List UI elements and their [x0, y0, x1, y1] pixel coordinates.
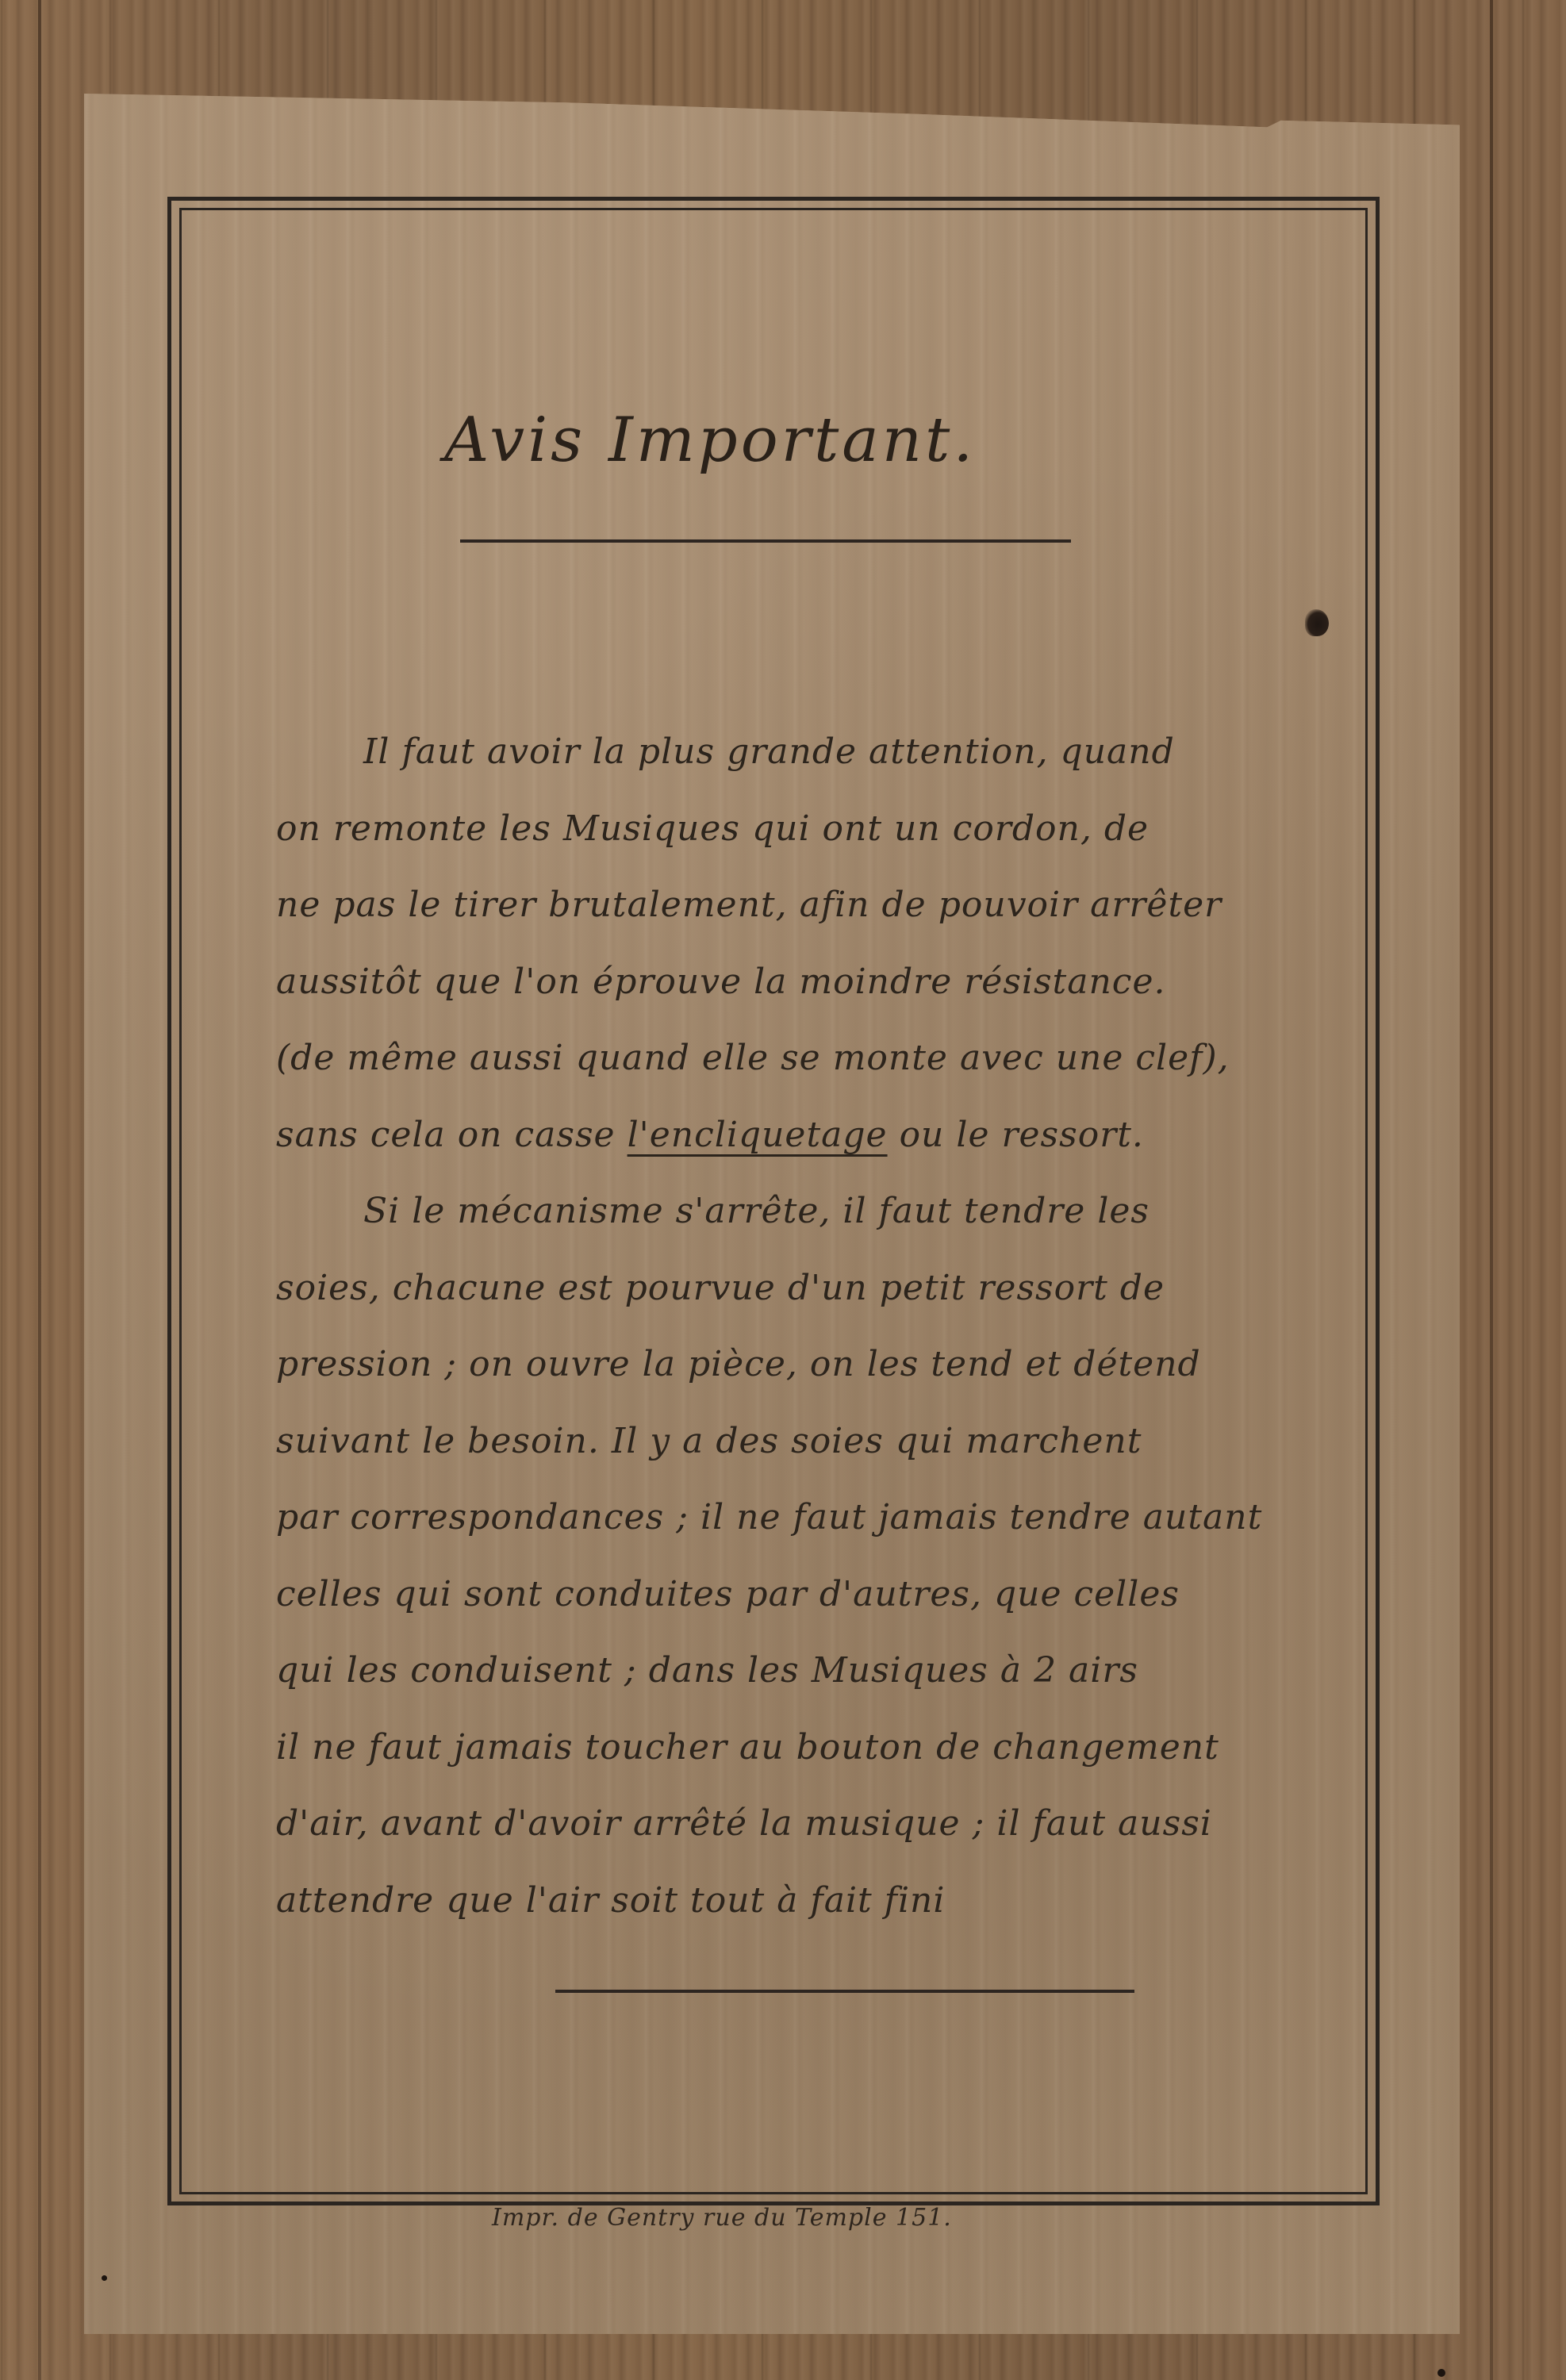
- body-line: qui les conduisent ; dans les Musiques à…: [276, 1633, 1371, 1710]
- nail-hole: [1437, 2369, 1445, 2377]
- body-line: celles qui sont conduites par d'autres, …: [276, 1557, 1371, 1633]
- ink-blot: [1305, 609, 1329, 636]
- body-line: aussitôt que l'on éprouve la moindre rés…: [276, 944, 1371, 1021]
- body-line: par correspondances ; il ne faut jamais …: [276, 1480, 1371, 1557]
- document-title: Avis Important.: [444, 405, 1127, 476]
- closing-rule: [555, 1990, 1134, 1993]
- body-line: suivant le besoin. Il y a des soies qui …: [276, 1403, 1371, 1480]
- body-line-segment: sans cela on casse: [276, 1115, 628, 1155]
- wood-board-seam: [1490, 0, 1493, 2380]
- body-line: Il faut avoir la plus grande attention, …: [276, 714, 1371, 791]
- body-line: sans cela on casse l'encliquetage ou le …: [276, 1097, 1371, 1174]
- wood-board-seam: [38, 0, 41, 2380]
- underlined-term: l'encliquetage: [628, 1115, 888, 1155]
- title-underline-rule: [460, 539, 1071, 543]
- body-line-segment: ou le ressort.: [888, 1115, 1144, 1155]
- body-line: soies, chacune est pourvue d'un petit re…: [276, 1250, 1371, 1327]
- body-line: pression ; on ouvre la pièce, on les ten…: [276, 1326, 1371, 1403]
- body-line: attendre que l'air soit tout à fait fini: [276, 1863, 1371, 1940]
- printer-imprint: Impr. de Gentry rue du Temple 151.: [492, 2204, 1047, 2232]
- body-line: Si le mécanisme s'arrête, il faut tendre…: [276, 1173, 1371, 1250]
- body-line: on remonte les Musiques qui ont un cordo…: [276, 791, 1371, 868]
- notice-body: Il faut avoir la plus grande attention, …: [276, 714, 1371, 1939]
- body-line: d'air, avant d'avoir arrêté la musique ;…: [276, 1786, 1371, 1863]
- nail-hole: [102, 2275, 107, 2281]
- body-line: il ne faut jamais toucher au bouton de c…: [276, 1710, 1371, 1787]
- body-line: (de même aussi quand elle se monte avec …: [276, 1020, 1371, 1097]
- body-line: ne pas le tirer brutalement, afin de pou…: [276, 867, 1371, 944]
